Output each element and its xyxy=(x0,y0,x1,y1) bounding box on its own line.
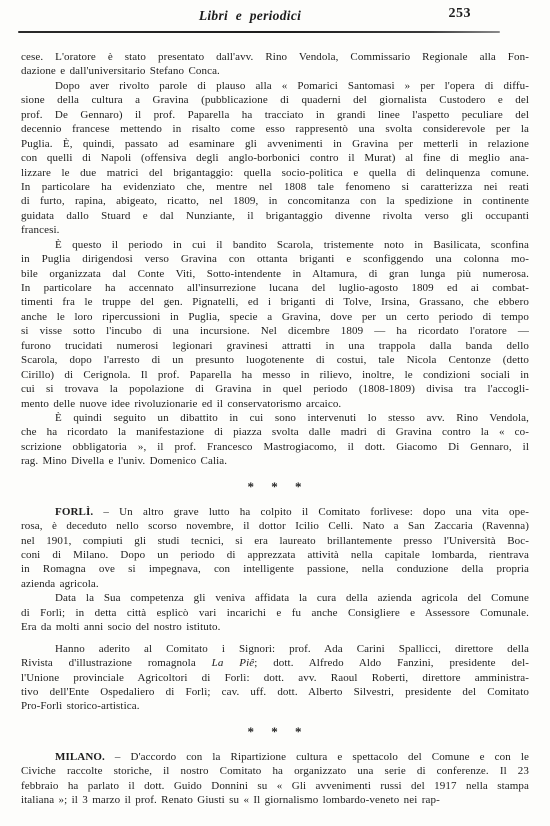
text-line: francesi. xyxy=(21,223,529,237)
text-line: MILANO. – D'accordo con la Ripartizione … xyxy=(21,750,529,764)
header-rule xyxy=(18,31,500,33)
paragraph: MILANO. – D'accordo con la Ripartizione … xyxy=(21,750,529,808)
text-line: In particolare ha evidenziato che, mentr… xyxy=(21,180,529,194)
text-line: coni di Milano. Dopo un periodo di appre… xyxy=(21,548,529,562)
text-line: FORLÌ. – Un altro grave lutto ha colpito… xyxy=(21,505,529,519)
text-line: di furto, rapina, abigeato, ricatto, nel… xyxy=(21,194,529,208)
text-line: Data la Sua competenza gli veniva affida… xyxy=(21,591,529,605)
text-line: cui si trovava la popolazione di Gravina… xyxy=(21,382,529,396)
text-line: anche le loro ripercussioni in Puglia, s… xyxy=(21,310,529,324)
text-line: scrizione obbligatoria », il prof. Franc… xyxy=(21,440,529,454)
text-line: in Romagna ove si impegnava, con intelli… xyxy=(21,562,529,576)
text-line: mento delle nuove idee rivoluzionarie ed… xyxy=(21,397,529,411)
text-line: Dopo aver rivolto parole di plauso alla … xyxy=(21,79,529,93)
text-line: Hanno aderito al Comitato i Signori: pro… xyxy=(21,642,529,656)
text-line: timenti fra le truppe del gen. Pignatell… xyxy=(21,295,529,309)
italic-title: La Piê xyxy=(212,657,255,669)
text-line: Scarola, dopo l'arresto di un presunto l… xyxy=(21,353,529,367)
text-line: Cirillo) di Cerignola. Il prof. Paparell… xyxy=(21,368,529,382)
text-line: l'Unione provinciale Agricoltori di Forl… xyxy=(21,671,529,685)
paragraph: Data la Sua competenza gli veniva affida… xyxy=(21,591,529,634)
text-line: È quindi seguito un dibattito in cui son… xyxy=(21,411,529,425)
text-line: lizzare le due matrici del brigantaggio:… xyxy=(21,166,529,180)
text-line: rag. Mino Divella e l'univ. Domenico Cal… xyxy=(21,454,529,468)
section-separator: * * * xyxy=(21,725,529,739)
text-line: febbraio ha parlato il dott. Guido Donni… xyxy=(21,779,529,793)
section-lead: MILANO. xyxy=(55,751,105,763)
page-number: 253 xyxy=(449,6,472,22)
text-line: si visse sotto l'incubo di una incursion… xyxy=(21,324,529,338)
paragraph: Dopo aver rivolto parole di plauso alla … xyxy=(21,79,529,238)
page-header: Libri e periodici 253 xyxy=(0,0,550,34)
text-line: È questo il periodo in cui il bandito Sc… xyxy=(21,238,529,252)
document-page: Libri e periodici 253 cese. L'oratore è … xyxy=(0,0,550,826)
text-line: furono trucidati numerosi legionari grav… xyxy=(21,339,529,353)
running-title: Libri e periodici xyxy=(0,8,500,24)
text-line: In particolare ha accennato all'insurrez… xyxy=(21,281,529,295)
text-line: Puglia. È, quindi, passato ad esaminare … xyxy=(21,137,529,151)
page-body: cese. L'oratore è stato presentato dall'… xyxy=(21,50,529,808)
text-line: che ha ricordato la manifestazione di pi… xyxy=(21,425,529,439)
paragraph: Hanno aderito al Comitato i Signori: pro… xyxy=(21,642,529,714)
text-line: italiana »; il 3 marzo il prof. Renato G… xyxy=(21,793,529,807)
text-line: dazione e dall'universitario Stefano Con… xyxy=(21,64,529,78)
section-separator: * * * xyxy=(21,480,529,494)
text-line: bile organizzata dal Conte Viti, Sotto-i… xyxy=(21,267,529,281)
text-line: Rivista d'illustrazione romagnola La Piê… xyxy=(21,656,529,670)
text-line: guidata dallo Stuard e dal Nunziante, il… xyxy=(21,209,529,223)
text-line: Era da molti anni socio del nostro istit… xyxy=(21,620,529,634)
paragraph: cese. L'oratore è stato presentato dall'… xyxy=(21,50,529,79)
text-line: tivo dell'Ente Ospedaliero di Forlì; cav… xyxy=(21,685,529,699)
paragraph: È quindi seguito un dibattito in cui son… xyxy=(21,411,529,469)
text-line: rosa, è deceduto nello scorso novembre, … xyxy=(21,519,529,533)
text-line: azienda agricola. xyxy=(21,577,529,591)
text-line: Civiche raccolte storiche, il nostro Com… xyxy=(21,764,529,778)
paragraph: È questo il periodo in cui il bandito Sc… xyxy=(21,238,529,411)
text-line: in Puglia dirigendosi verso Gravina con … xyxy=(21,252,529,266)
paragraph: FORLÌ. – Un altro grave lutto ha colpito… xyxy=(21,505,529,592)
text-line: Pro-Forlì storico-artistica. xyxy=(21,699,529,713)
text-line: di Forlì; in detta città esplicò vari in… xyxy=(21,606,529,620)
text-line: cese. L'oratore è stato presentato dall'… xyxy=(21,50,529,64)
text-line: sione della cultura a Gravina (pubblicaz… xyxy=(21,93,529,107)
section-lead: FORLÌ. xyxy=(55,506,93,518)
text-line: nel 1901, compiuti gli studi tecnici, si… xyxy=(21,534,529,548)
text-line: prof. De Gennaro) il prof. Paparella ha … xyxy=(21,108,529,122)
text-line: con quelli di Napoli (offensiva degli an… xyxy=(21,151,529,165)
text-line: decennio francese mettendo in risalto co… xyxy=(21,122,529,136)
